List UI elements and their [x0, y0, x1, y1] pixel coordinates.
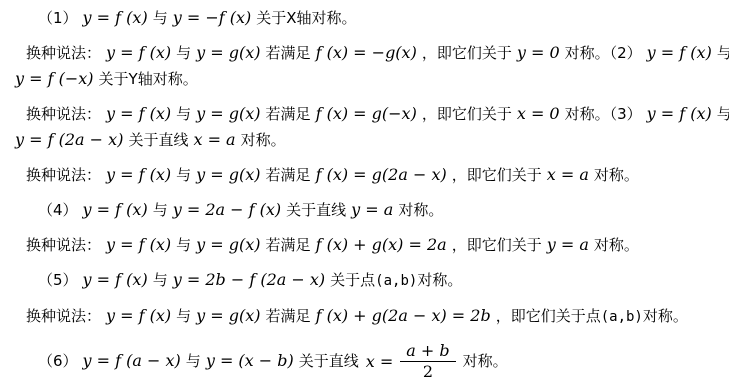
- cn-text: （4）: [38, 201, 78, 219]
- math-formula: y = g(x): [196, 306, 260, 325]
- cn-text: 与: [717, 44, 729, 62]
- fraction-denominator: 2: [423, 362, 433, 381]
- cn-text: 与: [153, 9, 168, 27]
- cn-text: 换种说法：: [26, 236, 101, 254]
- math-formula: f (x) + g(2a − x) = 2b: [316, 306, 491, 325]
- fraction-stack: a + b2: [400, 342, 455, 381]
- cn-text: 换种说法：: [26, 166, 101, 184]
- math-formula: x = 0: [517, 104, 560, 123]
- math-formula: y = f (a − x): [83, 351, 181, 370]
- math-formula: y = 2b − f (2a − x): [173, 270, 325, 289]
- math-formula: y = f (x): [83, 8, 148, 27]
- cn-text: 对称。: [241, 131, 286, 149]
- text-line: 换种说法：y = f (x)与y = g(x)若满足f (x) = −g(x)，…: [0, 43, 729, 63]
- math-formula: y = 0: [517, 43, 560, 62]
- fraction-lhs: x =: [366, 352, 394, 372]
- cn-text: 若满足: [266, 236, 311, 254]
- math-formula: y = f (2a − x): [15, 130, 123, 149]
- cn-text: 若满足: [266, 166, 311, 184]
- cn-text: 换种说法：: [26, 307, 101, 325]
- math-formula: y = f (x): [106, 235, 171, 254]
- cn-text: 换种说法：: [26, 105, 101, 123]
- cn-text: 关于X轴对称。: [256, 9, 356, 27]
- cn-text: 与: [176, 105, 191, 123]
- math-formula: y = g(x): [196, 235, 260, 254]
- cn-text: 与: [176, 44, 191, 62]
- cn-text: 若满足: [266, 44, 311, 62]
- fraction-numerator: a + b: [400, 342, 455, 362]
- cn-text: 关于直线: [128, 131, 188, 149]
- math-formula: y = −f (x): [173, 8, 252, 27]
- math-formula: x = a: [547, 165, 589, 184]
- cn-text: 与: [186, 352, 201, 370]
- fraction-formula: x =a + b2: [366, 342, 456, 381]
- cn-text: ，即它们关于: [452, 236, 542, 254]
- cn-text: ，即它们关于: [422, 105, 512, 123]
- cn-text: （1）: [38, 9, 78, 27]
- cn-text: 与: [176, 166, 191, 184]
- math-formula: f (x) = −g(x): [316, 43, 417, 62]
- text-line: y = f (−x)关于Y轴对称。: [0, 69, 729, 89]
- cn-text: 对称。: [398, 201, 443, 219]
- math-formula: y = (x − b): [206, 351, 294, 370]
- math-formula: y = f (x): [83, 200, 148, 219]
- math-formula: y = f (x): [83, 270, 148, 289]
- cn-text: 对称。（3）: [565, 105, 642, 123]
- math-formula: x = a: [193, 130, 235, 149]
- math-formula: y = a: [351, 200, 393, 219]
- math-formula: y = f (x): [106, 306, 171, 325]
- cn-text: 若满足: [266, 105, 311, 123]
- cn-text: 对称。: [594, 236, 639, 254]
- mono-text: (a,b): [601, 309, 643, 325]
- mono-text: (a,b): [375, 273, 417, 289]
- math-formula: y = f (x): [106, 165, 171, 184]
- cn-text: （6）: [38, 352, 78, 370]
- math-formula: y = a: [547, 235, 589, 254]
- cn-text: 与: [176, 307, 191, 325]
- cn-text: 与: [176, 236, 191, 254]
- cn-text: （5）: [38, 271, 78, 289]
- text-line: （6）y = f (a − x)与y = (x − b)关于直线x =a + b…: [0, 342, 729, 381]
- cn-text: 对称。（2）: [565, 44, 642, 62]
- text-line: （4）y = f (x)与y = 2a − f (x)关于直线y = a对称。: [0, 200, 729, 220]
- document: （1）y = f (x)与y = −f (x)关于X轴对称。换种说法：y = f…: [0, 0, 729, 387]
- cn-text: ，即它们关于: [422, 44, 512, 62]
- cn-text: 对称。: [463, 352, 508, 370]
- cn-text: 与: [153, 271, 168, 289]
- math-formula: y = g(x): [196, 43, 260, 62]
- cn-text: 对称。: [643, 307, 688, 325]
- math-formula: y = f (x): [106, 104, 171, 123]
- cn-text: 若满足: [266, 307, 311, 325]
- cn-text: 关于Y轴对称。: [99, 70, 198, 88]
- text-line: （1）y = f (x)与y = −f (x)关于X轴对称。: [0, 8, 729, 28]
- text-line: y = f (2a − x)关于直线x = a对称。: [0, 130, 729, 150]
- text-line: 换种说法：y = f (x)与y = g(x)若满足f (x) = g(2a −…: [0, 165, 729, 185]
- math-formula: f (x) + g(x) = 2a: [316, 235, 447, 254]
- math-formula: y = g(x): [196, 104, 260, 123]
- cn-text: 对称。: [417, 271, 462, 289]
- math-formula: y = f (x): [106, 43, 171, 62]
- math-formula: f (x) = g(−x): [316, 104, 417, 123]
- math-formula: y = g(x): [196, 165, 260, 184]
- cn-text: 换种说法：: [26, 44, 101, 62]
- cn-text: ，即它们关于点: [496, 307, 601, 325]
- math-formula: f (x) = g(2a − x): [316, 165, 447, 184]
- cn-text: 与: [717, 105, 729, 123]
- cn-text: 关于直线: [286, 201, 346, 219]
- cn-text: 关于点: [330, 271, 375, 289]
- cn-text: 与: [153, 201, 168, 219]
- math-formula: y = f (x): [647, 43, 712, 62]
- cn-text: ，即它们关于: [452, 166, 542, 184]
- text-line: 换种说法：y = f (x)与y = g(x)若满足f (x) = g(−x)，…: [0, 104, 729, 124]
- math-formula: y = 2a − f (x): [173, 200, 281, 219]
- cn-text: 对称。: [594, 166, 639, 184]
- cn-text: 关于直线: [299, 352, 359, 370]
- math-formula: y = f (x): [647, 104, 712, 123]
- text-line: 换种说法：y = f (x)与y = g(x)若满足f (x) + g(x) =…: [0, 235, 729, 255]
- text-line: 换种说法：y = f (x)与y = g(x)若满足f (x) + g(2a −…: [0, 306, 729, 327]
- math-formula: y = f (−x): [15, 69, 94, 88]
- text-line: （5）y = f (x)与y = 2b − f (2a − x)关于点(a,b)…: [0, 270, 729, 291]
